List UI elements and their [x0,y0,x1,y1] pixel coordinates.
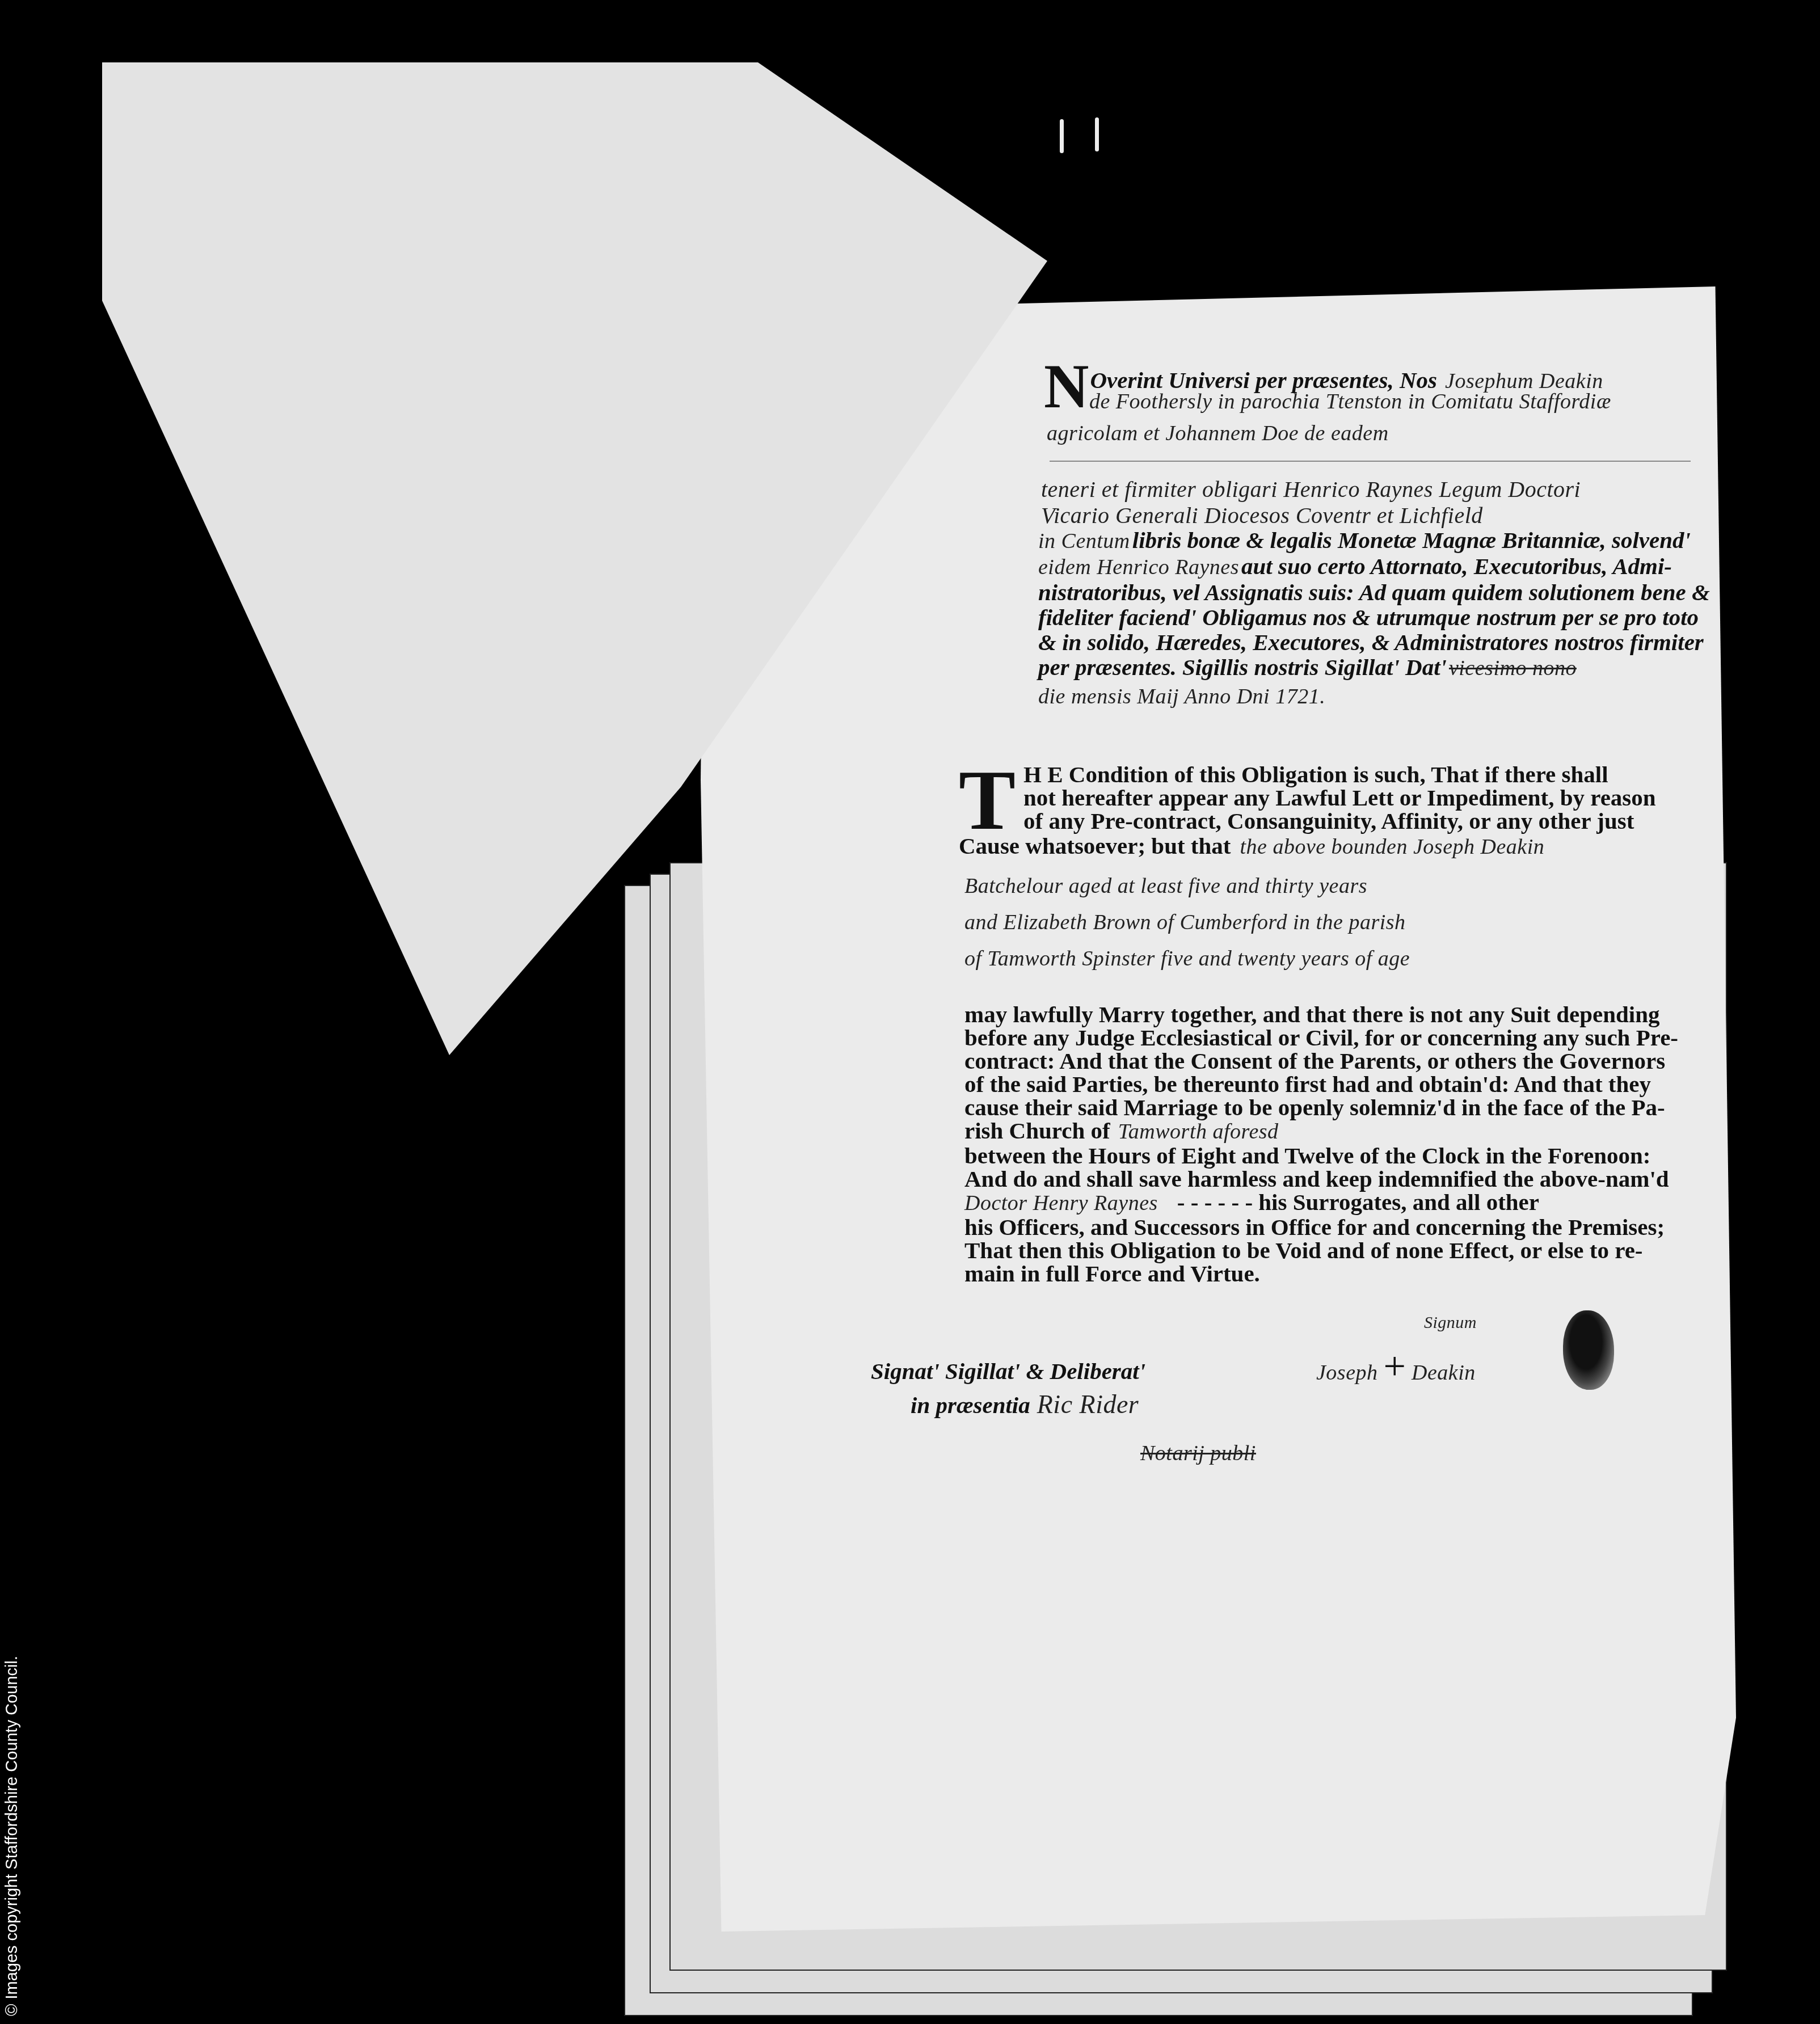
bond-body: in Centum libris bonæ & legalis Monetæ M… [1038,528,1708,709]
copyright-text: © Images copyright Staffordshire County … [3,1656,22,2016]
sum: in Centum [1038,529,1130,553]
obligee-block: teneri et firmiter obligari Henrico Rayn… [1041,477,1581,529]
signatory-mark: Joseph + Deakin [1316,1344,1476,1390]
condition-block: T H E Condition of this Obligation is su… [959,763,1702,859]
date-line: die mensis Maij Anno Dni 1721. [1038,684,1708,709]
official-name: Doctor Henry Raynes [964,1191,1158,1215]
signum-label: Signum [1424,1313,1477,1333]
parties-block: Batchelour aged at least five and thirty… [964,868,1410,977]
condition-dropcap: T [959,766,1016,834]
payee: eidem Henrico Raynes [1038,555,1239,579]
signed-label: Signat' Sigillat' & Deliberat' in præsen… [871,1359,1145,1419]
parties-line-1: the above bounden Joseph Deakin [1240,835,1544,859]
heading-dropcap: N [1044,352,1089,421]
cross-mark: + [1384,1345,1406,1389]
bounden-line-3: agricolam et Johannem Doe de eadem [1047,421,1389,446]
copyright-notice: © Images copyright Staffordshire County … [2,1506,25,2016]
church-name: Tamworth aforesd [1118,1120,1279,1144]
bounden-line-2: de Foothersly in parochia Ttenston in Co… [1089,389,1611,414]
date-day: vicesimo nono [1449,656,1577,680]
wax-seal [1563,1310,1614,1390]
condition-para-2: may lawfully Marry together, and that th… [964,1003,1702,1285]
notary-signature: Notarij publi [1140,1441,1256,1466]
dashed-rule [1050,461,1691,462]
witness-signature: Ric Rider [1037,1390,1139,1419]
clip-mark [1060,119,1064,153]
clip-mark [1095,117,1099,151]
